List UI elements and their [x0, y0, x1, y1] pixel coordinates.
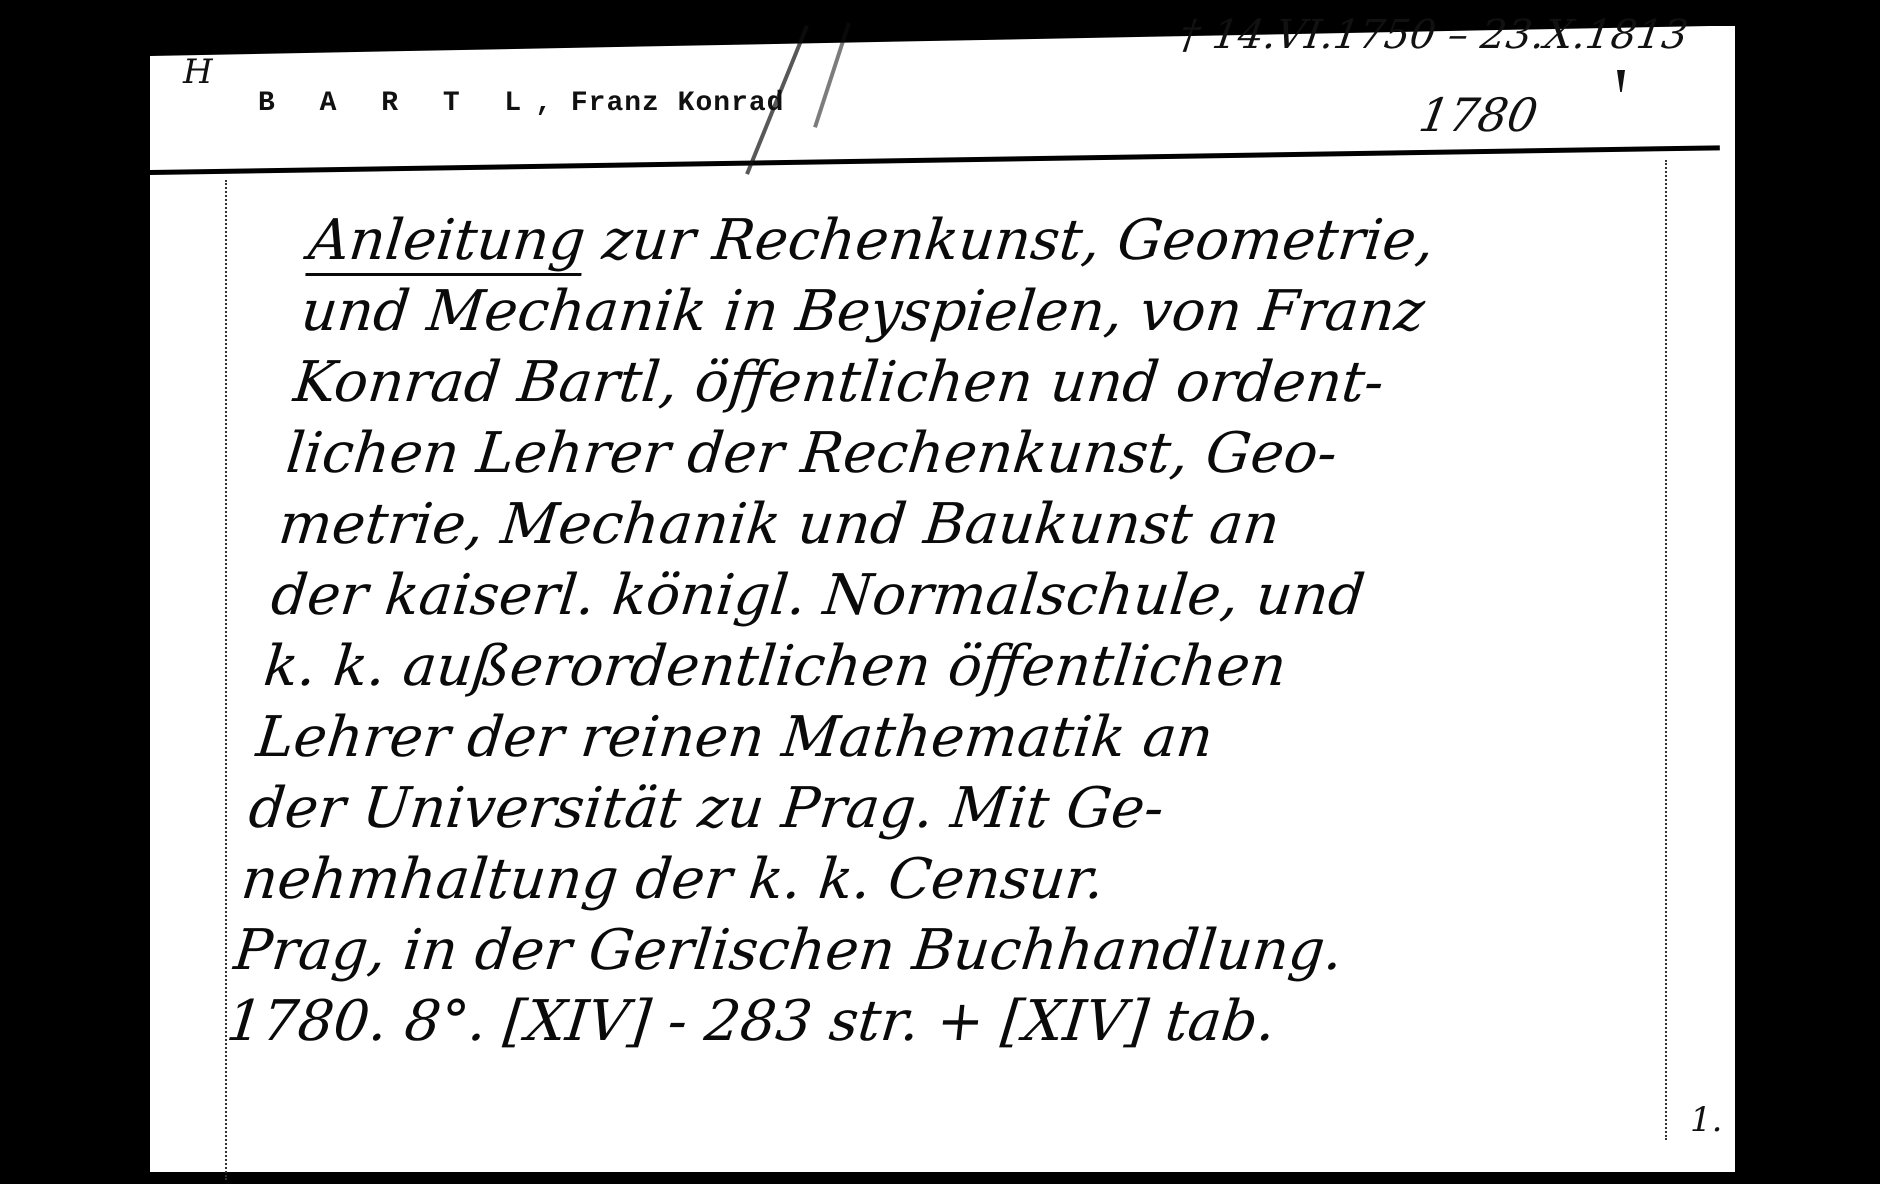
description-line: metrie, Mechanik und Baukunst an: [275, 489, 1732, 560]
imprint-collation-line: 1780. 8°. [XIV] - 283 str. + [XIV] tab.: [223, 986, 1680, 1057]
scanned-catalog-card: H B A R T L, Franz Konrad † 14.VI.1750 –…: [0, 0, 1880, 1184]
scan-border-bottom: [0, 1172, 1880, 1184]
description-line: Lehrer der reinen Mathematik an: [253, 702, 1710, 773]
author-heading: B A R T L, Franz Konrad: [258, 88, 784, 119]
publication-year-heading: 1780: [1415, 88, 1542, 142]
corner-handwritten-mark: H: [183, 52, 213, 92]
author-surname: B A R T L: [258, 88, 535, 119]
description-line: Prag, in der Gerlischen Buchhandlung.: [231, 915, 1688, 986]
description-line: der Universität zu Prag. Mit Ge-: [246, 773, 1703, 844]
author-life-dates: † 14.VI.1750 – 23.X.1813: [1177, 12, 1691, 58]
handwritten-description: Anleitung zur Rechenkunst, Geometrie, un…: [223, 205, 1763, 1057]
author-forenames: , Franz Konrad: [535, 88, 784, 119]
description-line: lichen Lehrer der Rechenkunst, Geo-: [283, 418, 1740, 489]
description-line: Anleitung zur Rechenkunst, Geometrie,: [305, 205, 1762, 276]
card-sequence-number: 1.: [1690, 1100, 1722, 1140]
description-line: der kaiserl. königl. Normalschule, und: [268, 560, 1725, 631]
description-line: Konrad Bartl, öffentlichen und ordent-: [290, 347, 1747, 418]
description-line: und Mechanik in Beyspielen, von Franz: [298, 276, 1755, 347]
description-line: nehmhaltung der k. k. Censur.: [238, 844, 1695, 915]
title-first-word: Anleitung: [306, 208, 589, 273]
description-line: k. k. außerordentlichen öffentlichen: [261, 631, 1718, 702]
